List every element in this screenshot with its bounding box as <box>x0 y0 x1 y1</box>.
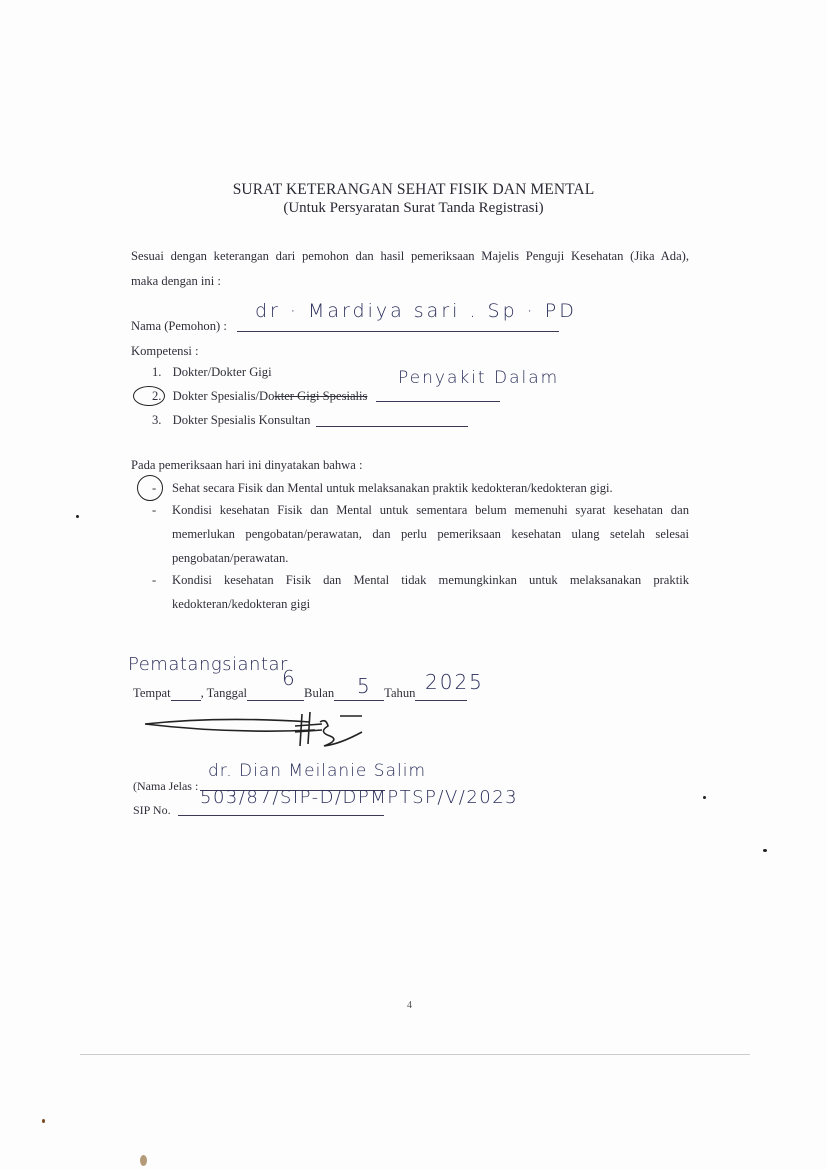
competency-item-text: Dokter Spesialis Konsultan <box>173 413 311 427</box>
exam-item-2-line-1: Kondisi kesehatan Fisik dan Mental untuk… <box>172 503 689 518</box>
competency-item-text: Dokter/Dokter Gigi <box>173 365 272 379</box>
exam-item-3-line-2: kedokteran/kedokteran gigi <box>172 597 310 612</box>
specialty-handwritten: Penyakit Dalam <box>398 368 559 388</box>
applicant-label: Nama (Pemohon) : <box>131 319 227 334</box>
applicant-name-handwritten: dr · Mardiya sari . Sp · PD <box>255 300 577 322</box>
competency-label: Kompetensi : <box>131 344 199 359</box>
document-subtitle: (Untuk Persyaratan Surat Tanda Registras… <box>0 200 827 217</box>
scan-speck <box>763 849 767 852</box>
competency-item-2[interactable]: 2. Dokter Spesialis/Dokter Gigi Spesiali… <box>152 389 367 404</box>
exam-item-2-line-2: memerlukan pengobatan/perawatan, dan per… <box>172 527 689 542</box>
signatory-name-handwritten: dr. Dian Meilanie Salim <box>208 761 426 781</box>
intro-line-2: maka dengan ini : <box>131 274 221 289</box>
exam-item-2-bullet[interactable]: - <box>152 503 156 518</box>
year-label: Tahun <box>384 686 415 700</box>
sip-handwritten: 503/87/SIP-D/DPMPTSP/V/2023 <box>200 787 518 808</box>
place-handwritten: Pematangsiantar <box>128 654 288 675</box>
consultant-field[interactable] <box>316 410 468 427</box>
competency-item-number: 2. <box>152 389 161 403</box>
signature-icon <box>140 710 370 755</box>
scan-stain <box>140 1155 147 1166</box>
intro-line-1: Sesuai dengan keterangan dari pemohon da… <box>131 249 689 264</box>
month-handwritten: 5 <box>357 674 371 698</box>
competency-item-1[interactable]: 1. Dokter/Dokter Gigi <box>152 365 272 380</box>
exam-item-1-bullet[interactable]: - <box>152 481 156 496</box>
scan-speck <box>703 796 706 799</box>
page-number: 4 <box>407 1000 412 1011</box>
scan-speck <box>76 515 79 518</box>
competency-item-number: 3. <box>152 413 161 427</box>
place-date-line: Tempat, TanggalBulanTahun <box>133 686 467 701</box>
footer-divider <box>80 1054 750 1055</box>
place-label: Tempat <box>133 686 171 700</box>
competency-item-number: 1. <box>152 365 161 379</box>
examination-label: Pada pemeriksaan hari ini dinyatakan bah… <box>131 458 363 473</box>
year-handwritten: 2025 <box>425 670 484 694</box>
sip-label: SIP No. <box>133 803 171 818</box>
document-title: SURAT KETERANGAN SEHAT FISIK DAN MENTAL <box>0 181 827 199</box>
scan-speck <box>42 1119 45 1123</box>
competency-item-struck-text: kter Gigi Spesialis <box>274 389 367 403</box>
signatory-name-label: (Nama Jelas : <box>133 779 198 794</box>
place-field[interactable] <box>171 688 201 701</box>
selection-circle-icon <box>137 475 163 501</box>
exam-item-2-line-3: pengobatan/perawatan. <box>172 551 288 566</box>
exam-item-3-line-1: Kondisi kesehatan Fisik dan Mental tidak… <box>172 573 689 588</box>
exam-item-3-bullet[interactable]: - <box>152 573 156 588</box>
date-handwritten: 6 <box>282 666 296 690</box>
competency-item-text: Dokter Spesialis/Do <box>173 389 275 403</box>
competency-item-3[interactable]: 3. Dokter Spesialis Konsultan <box>152 413 310 428</box>
date-label: , Tanggal <box>201 686 247 700</box>
month-label: Bulan <box>304 686 334 700</box>
exam-item-1-text: Sehat secara Fisik dan Mental untuk mela… <box>172 481 613 496</box>
